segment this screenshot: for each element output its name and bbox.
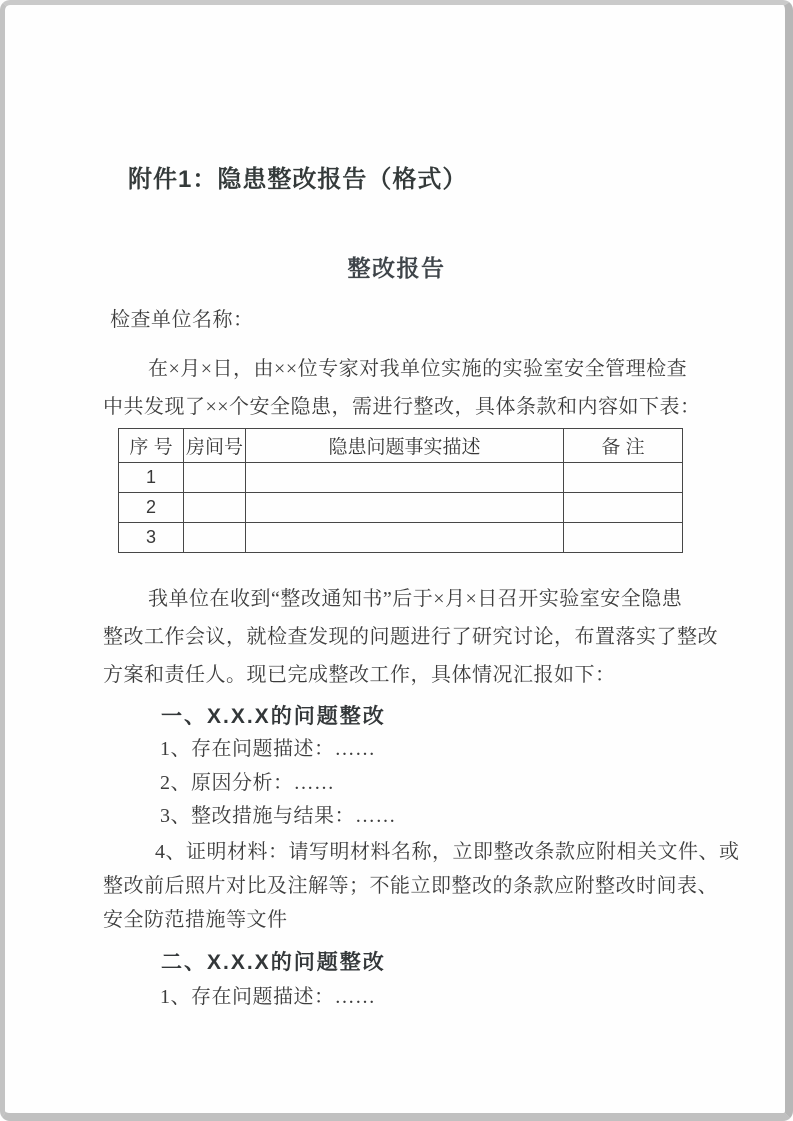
inspection-unit-label: 检查单位名称： xyxy=(110,303,254,332)
hazard-table: 序 号 房间号 隐患问题事实描述 备 注 1 2 3 xyxy=(118,428,683,553)
section-1-item-1: 1、存在问题描述：…… xyxy=(160,732,376,761)
scanned-report-page: 附件1：隐患整改报告（格式） 整改报告 检查单位名称： 在×月×日，由××位专家… xyxy=(0,0,793,1121)
cell-description xyxy=(246,493,564,523)
cell-room xyxy=(184,463,246,493)
cell-note xyxy=(564,463,683,493)
meeting-line-3: 方案和责任人。现已完成整改工作，具体情况汇报如下： xyxy=(103,658,616,687)
cell-room xyxy=(184,523,246,553)
attachment-title: 附件1：隐患整改报告（格式） xyxy=(128,159,467,194)
section-1-item-3: 3、整改措施与结果：…… xyxy=(160,799,396,828)
cell-note xyxy=(564,493,683,523)
header-note: 备 注 xyxy=(564,429,683,463)
header-room: 房间号 xyxy=(184,429,246,463)
intro-line-2: 中共发现了××个安全隐患，需进行整改，具体条款和内容如下表： xyxy=(103,390,701,419)
section-1-item-4-line-1: 4、证明材料：请写明材料名称，立即整改条款应附相关文件、或 xyxy=(155,835,740,864)
cell-note xyxy=(564,523,683,553)
cell-seq: 1 xyxy=(119,463,184,493)
section-1-item-4-line-3: 安全防范措施等文件 xyxy=(103,903,288,932)
meeting-line-2: 整改工作会议，就检查发现的问题进行了研究讨论，布置落实了整改 xyxy=(103,620,718,649)
section-2-item-1: 1、存在问题描述：…… xyxy=(160,980,376,1009)
header-seq: 序 号 xyxy=(119,429,184,463)
cell-room xyxy=(184,493,246,523)
cell-seq: 3 xyxy=(119,523,184,553)
table-header-row: 序 号 房间号 隐患问题事实描述 备 注 xyxy=(119,429,683,463)
header-description: 隐患问题事实描述 xyxy=(246,429,564,463)
cell-description xyxy=(246,463,564,493)
section-1-heading: 一、X.X.X的问题整改 xyxy=(161,700,386,730)
report-title: 整改报告 xyxy=(0,250,793,283)
section-1-item-4-line-2: 整改前后照片对比及注解等；不能立即整改的条款应附整改时间表、 xyxy=(103,869,718,898)
table-row: 1 xyxy=(119,463,683,493)
section-2-heading: 二、X.X.X的问题整改 xyxy=(161,946,386,976)
table-row: 3 xyxy=(119,523,683,553)
meeting-line-1: 我单位在收到“整改通知书”后于×月×日召开实验室安全隐患 xyxy=(148,582,682,611)
cell-seq: 2 xyxy=(119,493,184,523)
table-row: 2 xyxy=(119,493,683,523)
cell-description xyxy=(246,523,564,553)
section-1-item-2: 2、原因分析：…… xyxy=(160,766,335,795)
intro-line-1: 在×月×日，由××位专家对我单位实施的实验室安全管理检查 xyxy=(148,352,687,381)
